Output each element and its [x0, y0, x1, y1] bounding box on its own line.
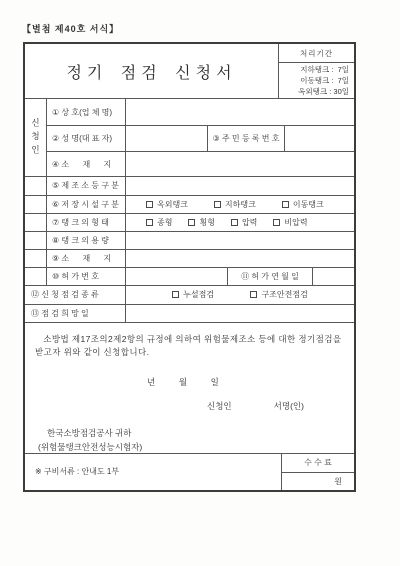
- spacer-cell: [25, 214, 46, 231]
- representative-label: ② 성 명(대 표 자): [46, 126, 125, 151]
- declaration-line-2: 받고자 위와 같이 신청합니다.: [35, 346, 344, 359]
- checkbox-option-vertical[interactable]: 종형: [146, 217, 172, 228]
- row-tank-shape: ⑦ 탱 크 의 형 태 종형 횡형 압력 비압력: [25, 213, 354, 231]
- checkbox-label: 구조안전점검: [261, 289, 307, 300]
- tank-capacity-label: ⑧ 탱 크 의 용 량: [46, 232, 125, 249]
- spacer-cell: [25, 177, 46, 194]
- declaration-block: 소방법 제17조의2제2항의 규정에 의하여 위험물제조소 등에 대한 정기점검…: [25, 322, 354, 453]
- resident-number-label: ③ 주 민 등 록 번 호: [207, 126, 284, 151]
- tank-shape-options: 종형 횡형 압력 비압력: [125, 214, 354, 231]
- processing-line-mobile: 이동탱크 : 7일: [279, 75, 349, 86]
- processing-period-box: 처리기간 지하탱크 : 7일 이동탱크 : 7일 옥외탱크 : 30일: [278, 44, 354, 98]
- signature-line: 신청인 서명(인): [207, 400, 344, 412]
- business-address-field[interactable]: [125, 152, 354, 177]
- row-desired-date: ⑬ 점 검 희 망 일: [25, 304, 354, 322]
- inspection-type-label: ⑫ 신 청 점 검 종 류: [25, 286, 125, 303]
- checkbox-label: 지하탱크: [225, 199, 256, 210]
- fee-unit: 원: [282, 473, 354, 490]
- row-tank-capacity: ⑧ 탱 크 의 용 량: [25, 231, 354, 249]
- resident-number-field[interactable]: [284, 126, 354, 151]
- fee-label: 수 수 료: [282, 454, 354, 473]
- applicant-section: 신청인 ① 상 호(업 체 명) ② 성 명(대 표 자) ③ 주 민 등 록 …: [25, 98, 354, 176]
- title-row: 정기 점검 신청서 처리기간 지하탱크 : 7일 이동탱크 : 7일 옥외탱크 …: [25, 44, 354, 98]
- row-inspection-type: ⑫ 신 청 점 검 종 류 누설점검 구조안전점검: [25, 285, 354, 303]
- applicant-vertical-label: 신청인: [30, 118, 42, 159]
- storage-type-options: 옥외탱크 지하탱크 이동탱크: [125, 196, 354, 213]
- row-representative: ② 성 명(대 표 자) ③ 주 민 등 록 번 호: [46, 125, 354, 151]
- form-code-note: 【별첨 제40호 서식】: [22, 22, 119, 35]
- checkbox-icon[interactable]: [146, 219, 153, 226]
- facility-category-field[interactable]: [125, 177, 354, 194]
- checkbox-label: 종형: [157, 217, 172, 228]
- checkbox-option-underground-tank[interactable]: 지하탱크: [214, 199, 256, 210]
- processing-period-header: 처리기간: [279, 44, 354, 63]
- checkbox-label: 비압력: [284, 217, 307, 228]
- tank-shape-label: ⑦ 탱 크 의 형 태: [46, 214, 125, 231]
- representative-field[interactable]: [125, 126, 207, 151]
- checkbox-option-mobile-tank[interactable]: 이동탱크: [282, 199, 324, 210]
- date-line: 년 월 일: [147, 376, 344, 388]
- permit-number-field[interactable]: [125, 268, 227, 285]
- recipient-subline: (위험물탱크안전성능시험자): [38, 441, 344, 453]
- checkbox-icon[interactable]: [172, 291, 179, 298]
- company-name-label: ① 상 호(업 체 명): [46, 99, 125, 125]
- recipient-line: 한국소방점검공사 귀하: [47, 427, 344, 439]
- spacer-cell: [25, 250, 46, 267]
- fee-box: 수 수 료 원: [281, 454, 354, 490]
- checkbox-option-outdoor-tank[interactable]: 옥외탱크: [146, 199, 188, 210]
- desired-date-field[interactable]: [125, 305, 354, 322]
- signature-applicant-label: 신청인: [207, 400, 232, 412]
- tank-address-field[interactable]: [125, 250, 354, 267]
- spacer-cell: [25, 232, 46, 249]
- permit-number-label: ⑩ 허 가 번 호: [46, 268, 125, 285]
- checkbox-label: 횡형: [199, 217, 214, 228]
- title-cell: 정기 점검 신청서: [25, 44, 278, 98]
- checkbox-icon[interactable]: [250, 291, 257, 298]
- scanned-form-page: 【별첨 제40호 서식】 정기 점검 신청서 처리기간 지하탱크 : 7일 이동…: [0, 0, 400, 566]
- row-facility-category: ⑤ 제 조 소 등 구 분: [25, 176, 354, 194]
- checkbox-icon[interactable]: [146, 201, 153, 208]
- checkbox-label: 누설점검: [183, 289, 214, 300]
- row-storage-type: ⑥ 저 장 시 설 구 분 옥외탱크 지하탱크 이동탱크: [25, 195, 354, 213]
- checkbox-icon[interactable]: [273, 219, 280, 226]
- inspection-type-options: 누설점검 구조안전점검: [125, 286, 354, 303]
- processing-line-underground: 지하탱크 : 7일: [279, 64, 349, 75]
- tank-capacity-field[interactable]: [125, 232, 354, 249]
- spacer-cell: [25, 268, 46, 285]
- desired-date-label: ⑬ 점 검 희 망 일: [25, 305, 125, 322]
- permit-date-label: ⑪ 허 가 연 월 일: [227, 268, 312, 285]
- permit-date-field[interactable]: [312, 268, 354, 285]
- processing-period-lines: 지하탱크 : 7일 이동탱크 : 7일 옥외탱크 : 30일: [279, 63, 354, 98]
- checkbox-label: 이동탱크: [293, 199, 324, 210]
- checkbox-option-horizontal[interactable]: 횡형: [188, 217, 214, 228]
- checkbox-option-leak-inspection[interactable]: 누설점검: [172, 289, 214, 300]
- required-documents-note: ※ 구비서류 : 안내도 1부: [25, 454, 281, 490]
- checkbox-icon[interactable]: [282, 201, 289, 208]
- checkbox-icon[interactable]: [188, 219, 195, 226]
- signature-seal-label: 서명(인): [274, 400, 304, 412]
- row-tank-address: ⑨ 소 재 지: [25, 249, 354, 267]
- processing-line-outdoor: 옥외탱크 : 30일: [279, 86, 349, 97]
- row-business-address: ④ 소 재 지: [46, 151, 354, 177]
- row-permit: ⑩ 허 가 번 호 ⑪ 허 가 연 월 일: [25, 267, 354, 285]
- applicant-vertical-label-cell: 신청인: [25, 99, 46, 176]
- checkbox-label: 압력: [242, 217, 257, 228]
- storage-type-label: ⑥ 저 장 시 설 구 분: [46, 196, 125, 213]
- checkbox-icon[interactable]: [231, 219, 238, 226]
- declaration-line-1: 소방법 제17조의2제2항의 규정에 의하여 위험물제조소 등에 대한 정기점검…: [35, 333, 344, 346]
- checkbox-label: 옥외탱크: [157, 199, 188, 210]
- checkbox-option-structural-safety-inspection[interactable]: 구조안전점검: [250, 289, 307, 300]
- checkbox-icon[interactable]: [214, 201, 221, 208]
- business-address-label: ④ 소 재 지: [46, 152, 125, 177]
- checkbox-option-non-pressure[interactable]: 비압력: [273, 217, 307, 228]
- form-title: 정기 점검 신청서: [66, 60, 236, 83]
- company-name-field[interactable]: [125, 99, 354, 125]
- checkbox-option-pressure[interactable]: 압력: [231, 217, 257, 228]
- application-form-table: 정기 점검 신청서 처리기간 지하탱크 : 7일 이동탱크 : 7일 옥외탱크 …: [23, 42, 356, 492]
- tank-address-label: ⑨ 소 재 지: [46, 250, 125, 267]
- facility-category-label: ⑤ 제 조 소 등 구 분: [46, 177, 125, 194]
- row-company-name: ① 상 호(업 체 명): [46, 99, 354, 125]
- fee-row: ※ 구비서류 : 안내도 1부 수 수 료 원: [25, 453, 354, 490]
- spacer-cell: [25, 196, 46, 213]
